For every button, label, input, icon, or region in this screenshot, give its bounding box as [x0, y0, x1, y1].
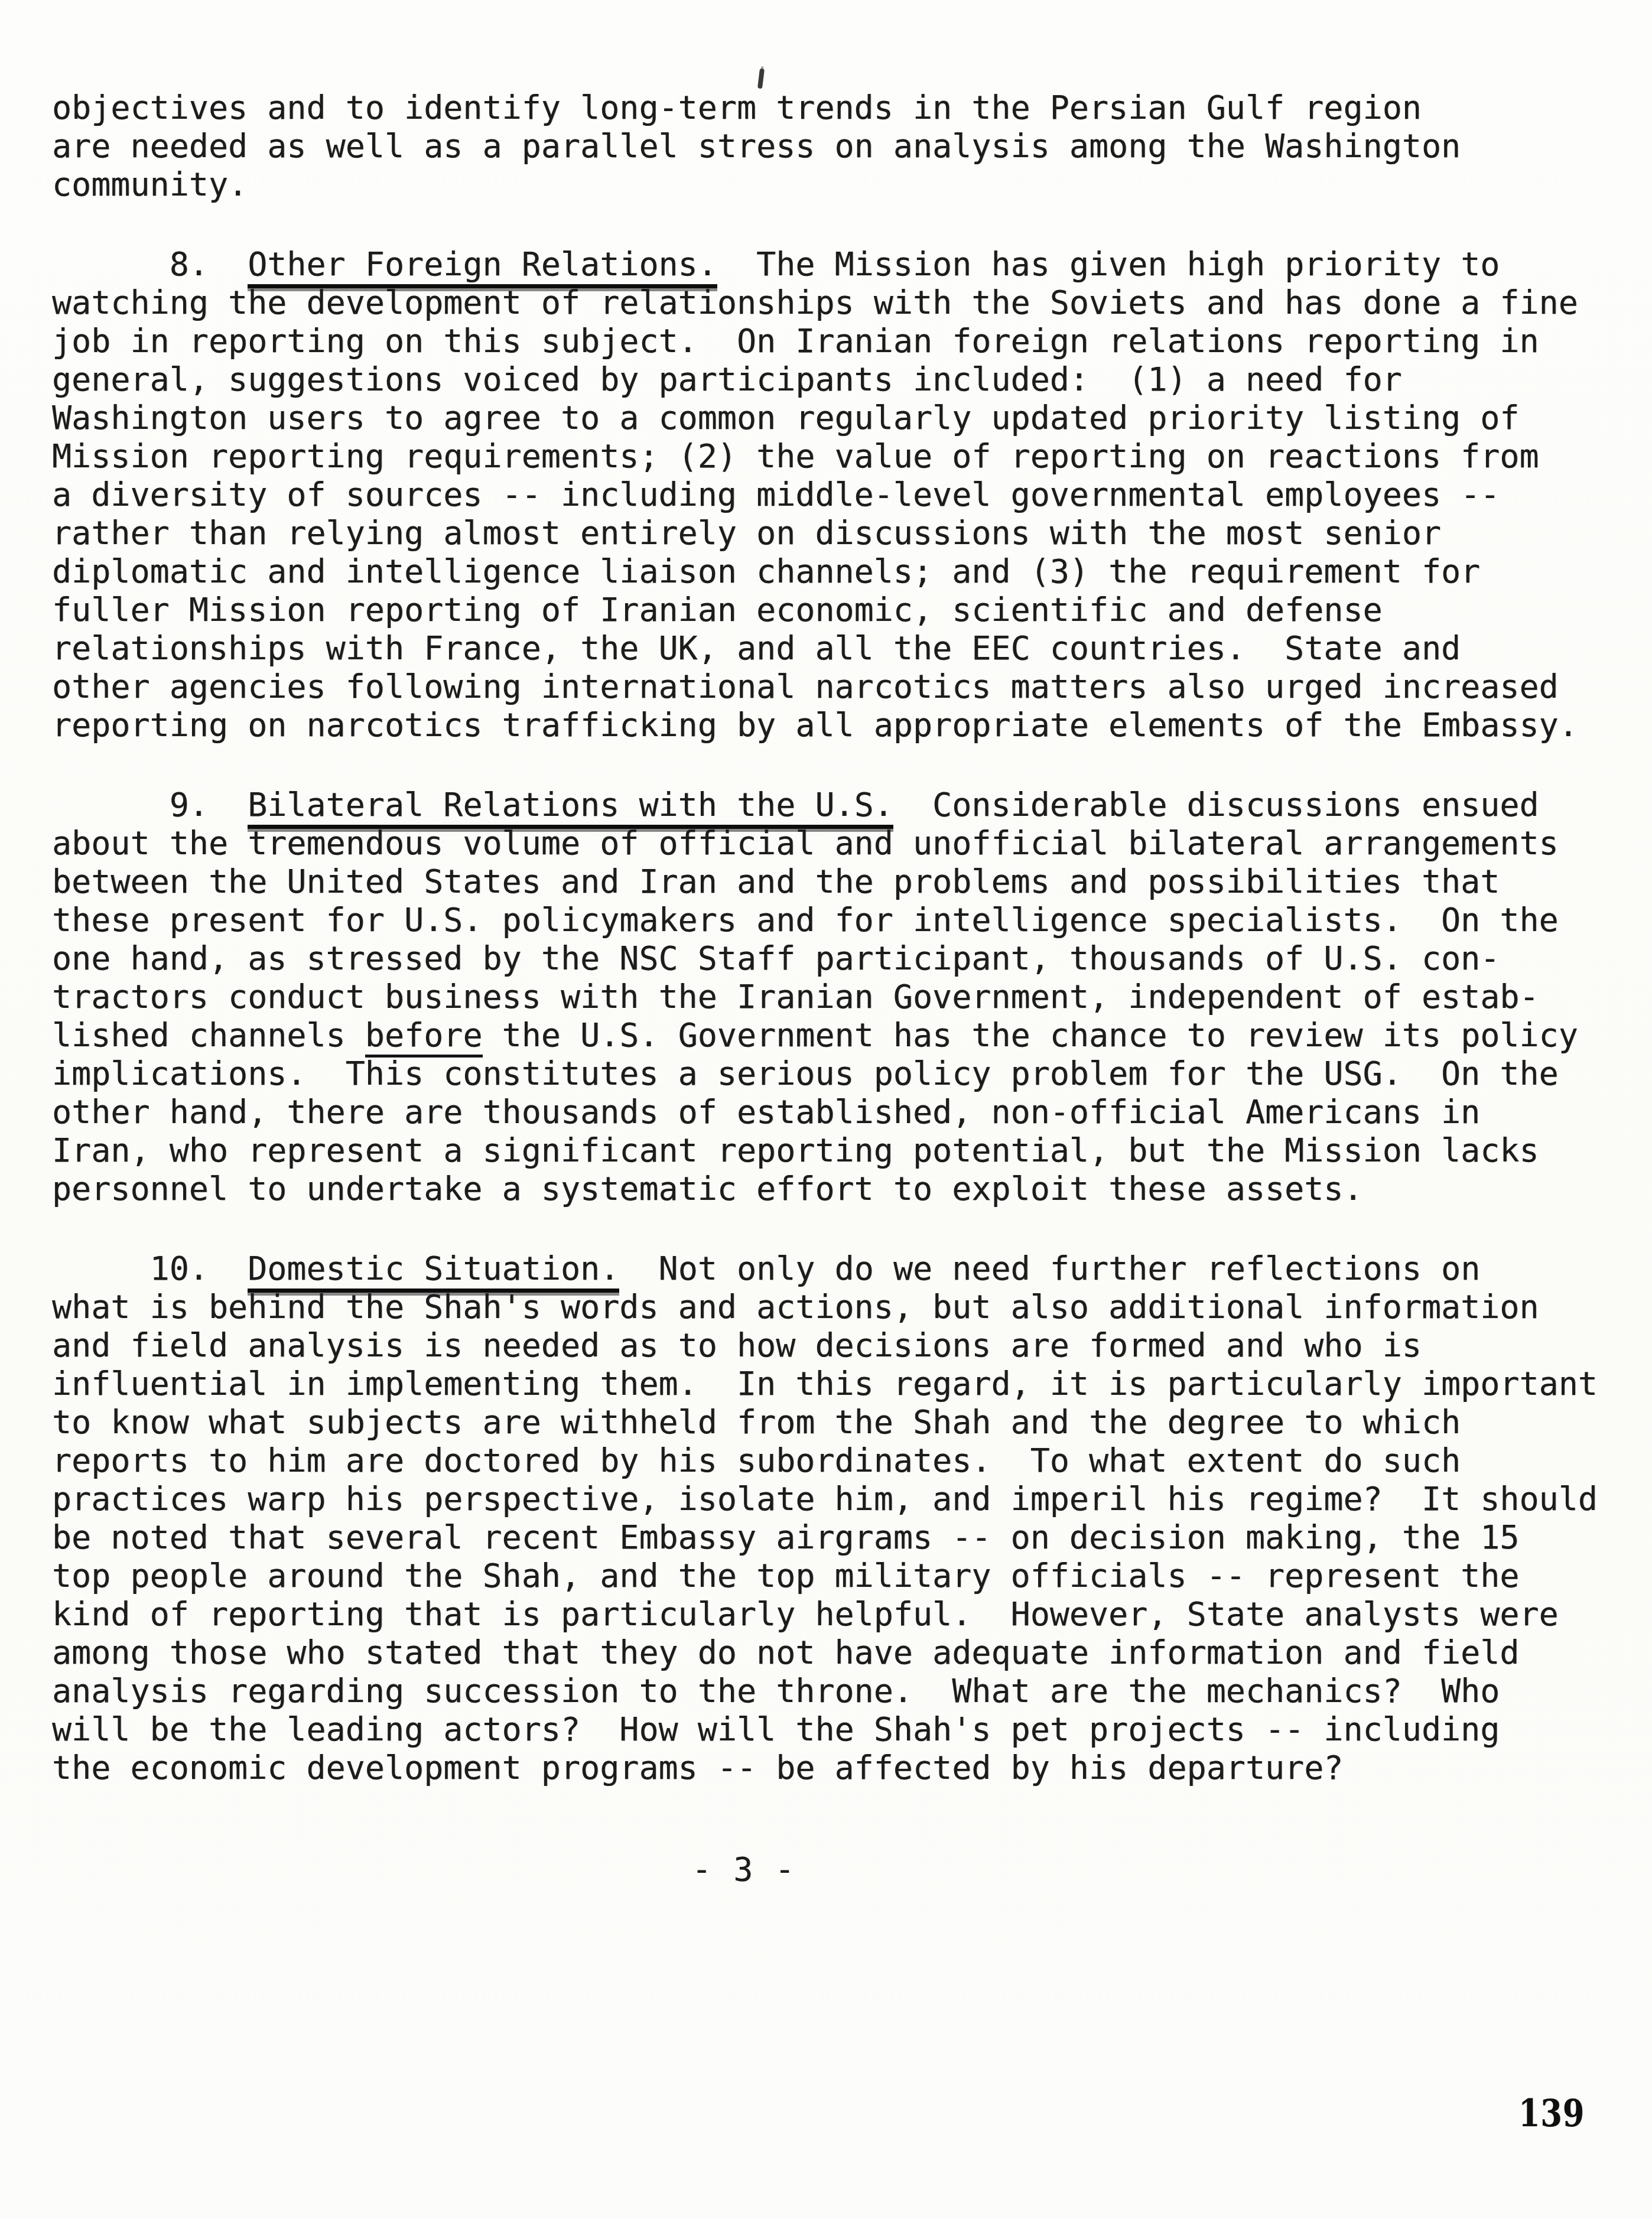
text-block: objectives and to identify long-term tre…	[52, 89, 1598, 1787]
text-line: among those who stated that they do not …	[52, 1634, 1598, 1672]
text-line: Mission reporting requirements; (2) the …	[52, 437, 1598, 476]
text-line: Iran, who represent a significant report…	[52, 1131, 1598, 1170]
text-line: lished channels before the U.S. Governme…	[52, 1016, 1598, 1055]
line-suffix: The Mission has given high priority to	[717, 245, 1500, 283]
document-page: objectives and to identify long-term tre…	[0, 0, 1652, 2219]
text-line: and field analysis is needed as to how d…	[52, 1326, 1598, 1365]
paragraph-9: 9. Bilateral Relations with the U.S. Con…	[52, 786, 1598, 1208]
stray-ink-mark	[757, 69, 765, 89]
text-line: 9. Bilateral Relations with the U.S. Con…	[52, 786, 1598, 824]
text-line: job in reporting on this subject. On Ira…	[52, 322, 1598, 360]
text-line: one hand, as stressed by the NSC Staff p…	[52, 939, 1598, 978]
text-line: kind of reporting that is particularly h…	[52, 1595, 1598, 1634]
text-line: analysis regarding succession to the thr…	[52, 1672, 1598, 1710]
text-line: tractors conduct business with the Irani…	[52, 978, 1598, 1016]
text-line: what is behind the Shah's words and acti…	[52, 1288, 1598, 1326]
page-stamp-number: 139	[1518, 2091, 1585, 2136]
text-line: influential in implementing them. In thi…	[52, 1365, 1598, 1403]
text-line: are needed as well as a parallel stress …	[52, 127, 1598, 165]
section-heading: Bilateral Relations with the U.S.	[248, 786, 893, 829]
paragraph-intro: objectives and to identify long-term tre…	[52, 89, 1598, 204]
text-line: community.	[52, 165, 1598, 204]
text-line: between the United States and Iran and t…	[52, 863, 1598, 901]
text-line: 10. Domestic Situation. Not only do we n…	[52, 1250, 1598, 1288]
text-line: a diversity of sources -- including midd…	[52, 476, 1598, 514]
section-heading: Domestic Situation.	[248, 1250, 619, 1293]
line-prefix: 8.	[52, 245, 248, 283]
page-number: - 3 -	[692, 1850, 796, 1888]
paragraph-8: 8. Other Foreign Relations. The Mission …	[52, 245, 1598, 744]
underlined-word: before	[365, 1016, 483, 1058]
line-prefix: 10.	[52, 1250, 248, 1287]
line-prefix: lished channels	[52, 1016, 365, 1054]
text-line: will be the leading actors? How will the…	[52, 1710, 1598, 1749]
text-line: diplomatic and intelligence liaison chan…	[52, 552, 1598, 591]
text-line: general, suggestions voiced by participa…	[52, 360, 1598, 399]
text-line: these present for U.S. policymakers and …	[52, 901, 1598, 939]
line-suffix: Not only do we need further reflections …	[619, 1250, 1480, 1287]
text-line: to know what subjects are withheld from …	[52, 1403, 1598, 1442]
line-suffix: the U.S. Government has the chance to re…	[483, 1016, 1578, 1054]
text-line: about the tremendous volume of official …	[52, 824, 1598, 863]
text-line: reports to him are doctored by his subor…	[52, 1442, 1598, 1480]
text-line: fuller Mission reporting of Iranian econ…	[52, 591, 1598, 629]
text-line: 8. Other Foreign Relations. The Mission …	[52, 245, 1598, 284]
line-prefix: 9.	[52, 786, 248, 824]
text-line: watching the development of relationship…	[52, 284, 1598, 322]
text-line: other hand, there are thousands of estab…	[52, 1093, 1598, 1131]
text-line: be noted that several recent Embassy air…	[52, 1518, 1598, 1557]
section-heading: Other Foreign Relations.	[248, 245, 717, 288]
text-line: practices warp his perspective, isolate …	[52, 1480, 1598, 1518]
paragraph-10: 10. Domestic Situation. Not only do we n…	[52, 1250, 1598, 1787]
text-line: implications. This constitutes a serious…	[52, 1055, 1598, 1093]
text-line: Washington users to agree to a common re…	[52, 399, 1598, 437]
text-line: rather than relying almost entirely on d…	[52, 514, 1598, 552]
text-line: reporting on narcotics trafficking by al…	[52, 706, 1598, 744]
text-line: the economic development programs -- be …	[52, 1749, 1598, 1787]
text-line: relationships with France, the UK, and a…	[52, 629, 1598, 668]
text-line: personnel to undertake a systematic effo…	[52, 1170, 1598, 1208]
text-line: other agencies following international n…	[52, 668, 1598, 706]
text-line: objectives and to identify long-term tre…	[52, 89, 1598, 127]
line-suffix: Considerable discussions ensued	[893, 786, 1539, 824]
text-line: top people around the Shah, and the top …	[52, 1557, 1598, 1595]
